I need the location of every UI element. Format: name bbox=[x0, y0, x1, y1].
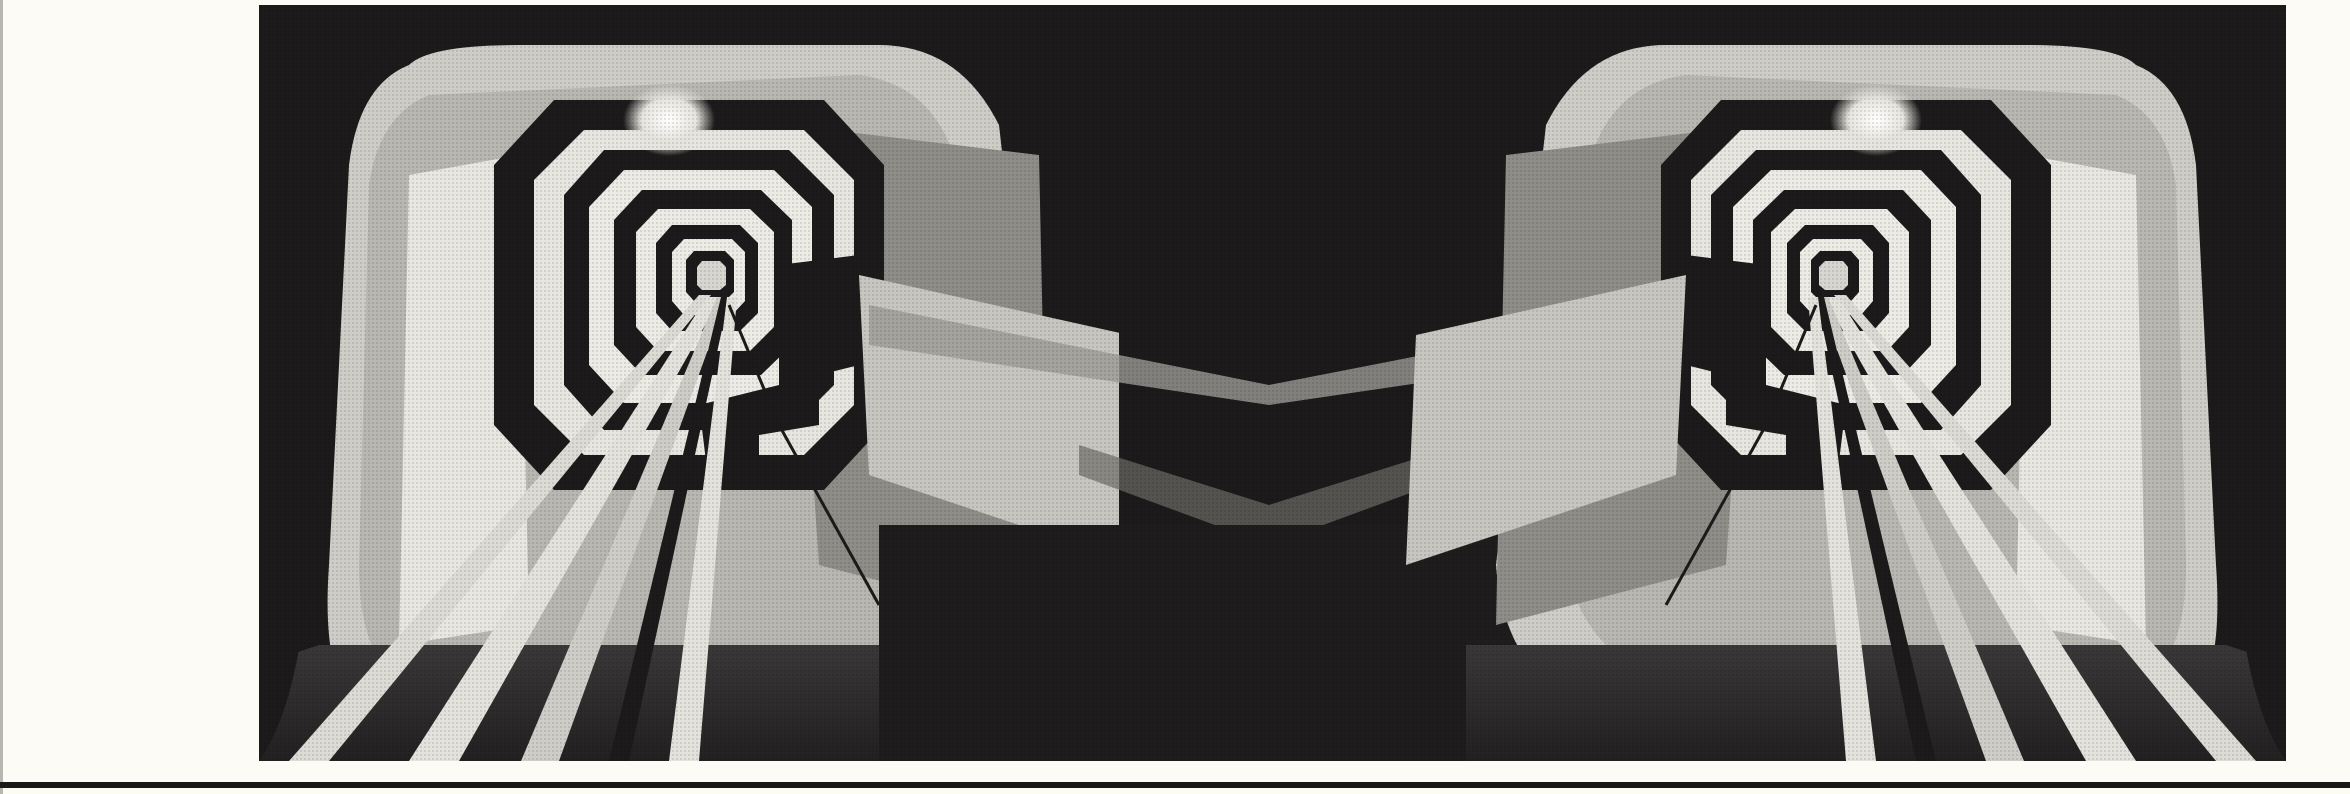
page-edge bbox=[0, 0, 3, 794]
tunnel-illustration bbox=[259, 5, 2286, 761]
horizontal-rule bbox=[0, 782, 2350, 788]
stereo-tunnel-photo bbox=[259, 5, 2286, 761]
printed-page bbox=[0, 0, 2350, 794]
